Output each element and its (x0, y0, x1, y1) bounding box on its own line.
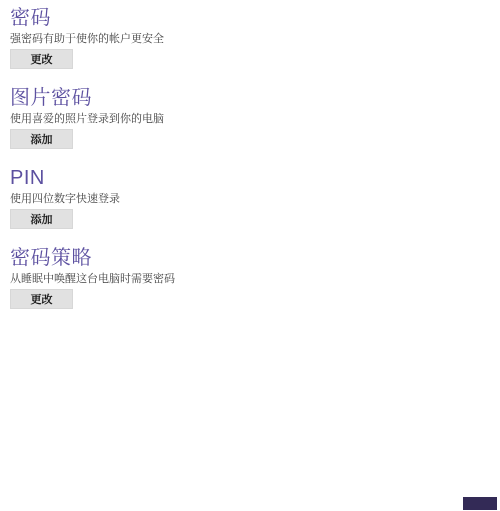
password-change-button[interactable]: 更改 (10, 49, 73, 69)
picture-password-section-title: 图片密码 (10, 88, 490, 108)
pin-add-button[interactable]: 添加 (10, 209, 73, 229)
section-password-policy: 密码策略 从睡眠中唤醒这台电脑时需要密码 更改 (10, 248, 490, 309)
section-password: 密码 强密码有助于使你的帐户更安全 更改 (10, 8, 490, 69)
password-section-title: 密码 (10, 8, 490, 28)
password-policy-change-button[interactable]: 更改 (10, 289, 73, 309)
corner-accent (463, 497, 497, 510)
section-picture-password: 图片密码 使用喜爱的照片登录到你的电脑 添加 (10, 88, 490, 149)
password-policy-section-title: 密码策略 (10, 248, 490, 268)
signin-options-panel: 密码 强密码有助于使你的帐户更安全 更改 图片密码 使用喜爱的照片登录到你的电脑… (0, 0, 500, 309)
section-pin: PIN 使用四位数字快速登录 添加 (10, 168, 490, 229)
pin-section-description: 使用四位数字快速登录 (10, 193, 490, 205)
pin-section-title: PIN (10, 168, 490, 188)
password-section-description: 强密码有助于使你的帐户更安全 (10, 33, 490, 45)
password-policy-section-description: 从睡眠中唤醒这台电脑时需要密码 (10, 273, 490, 285)
picture-password-section-description: 使用喜爱的照片登录到你的电脑 (10, 113, 490, 125)
picture-password-add-button[interactable]: 添加 (10, 129, 73, 149)
